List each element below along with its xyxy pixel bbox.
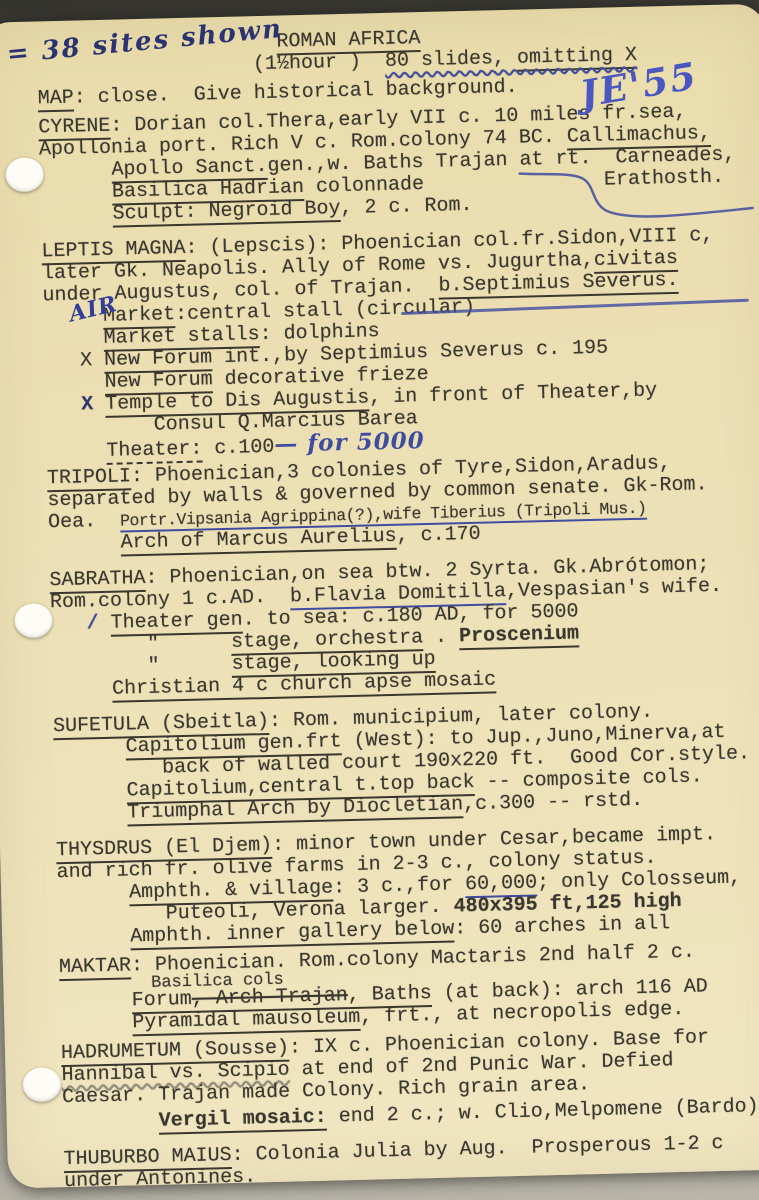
text-segment xyxy=(52,678,113,702)
text-segment xyxy=(45,393,82,417)
text-segment xyxy=(58,925,131,950)
text-segment xyxy=(53,735,126,760)
text-segment xyxy=(39,159,112,184)
text-segment xyxy=(55,801,128,826)
text-segment xyxy=(44,371,105,395)
text-segment: X xyxy=(81,393,94,416)
text-segment: — for 5000 xyxy=(274,427,425,458)
text-segment: 80 slides, xyxy=(385,47,518,73)
text-segment xyxy=(63,1110,160,1135)
text-segment: , 2 c. Rom. xyxy=(340,194,473,220)
blue-pen-bracket-carneades xyxy=(517,146,755,236)
text-segment xyxy=(60,989,133,1014)
text-segment: / xyxy=(86,612,99,635)
text-segment: Proscenium xyxy=(459,622,580,650)
text-segment: ,c.300 -- rstd. xyxy=(463,789,644,816)
text-segment xyxy=(98,612,111,635)
text-segment: c.100 xyxy=(202,436,275,461)
paper-page: ROMAN AFRICA (1½hour ) 80 slides, omitti… xyxy=(0,4,759,1189)
text-segment: X xyxy=(44,349,105,373)
text-segment xyxy=(40,203,113,228)
text-segment xyxy=(57,881,130,906)
text-segment: : close. Give historical background. xyxy=(73,76,518,110)
text-segment: under Antonines. xyxy=(64,1165,257,1193)
scanned-document: { "page": { "annotations": { "sites_note… xyxy=(0,0,759,1200)
text-segment xyxy=(54,779,127,804)
text-segment xyxy=(48,532,121,557)
text-segment: : 60 arches in all xyxy=(454,912,671,940)
text-segment: Sculpt: Negroid Boy xyxy=(112,197,341,228)
text-segment xyxy=(60,1011,133,1036)
text-segment: , c.170 xyxy=(396,523,481,548)
text-segment xyxy=(93,393,106,416)
text-segment: Vergil mosaic: xyxy=(158,1106,327,1135)
text-segment: MAP xyxy=(37,87,74,113)
text-segment xyxy=(43,327,104,351)
text-segment: Oea. xyxy=(48,510,121,535)
text-segment: Arch of Marcus Aurelius xyxy=(120,525,397,557)
text-segment xyxy=(46,440,107,464)
bracket-stroke xyxy=(520,168,753,220)
text-segment: . xyxy=(423,625,460,649)
text-segment: Theater: xyxy=(106,438,203,465)
text-segment xyxy=(40,181,113,206)
text-segment xyxy=(50,612,87,636)
text-segment: Pyramidal mausoleum xyxy=(132,1006,361,1037)
